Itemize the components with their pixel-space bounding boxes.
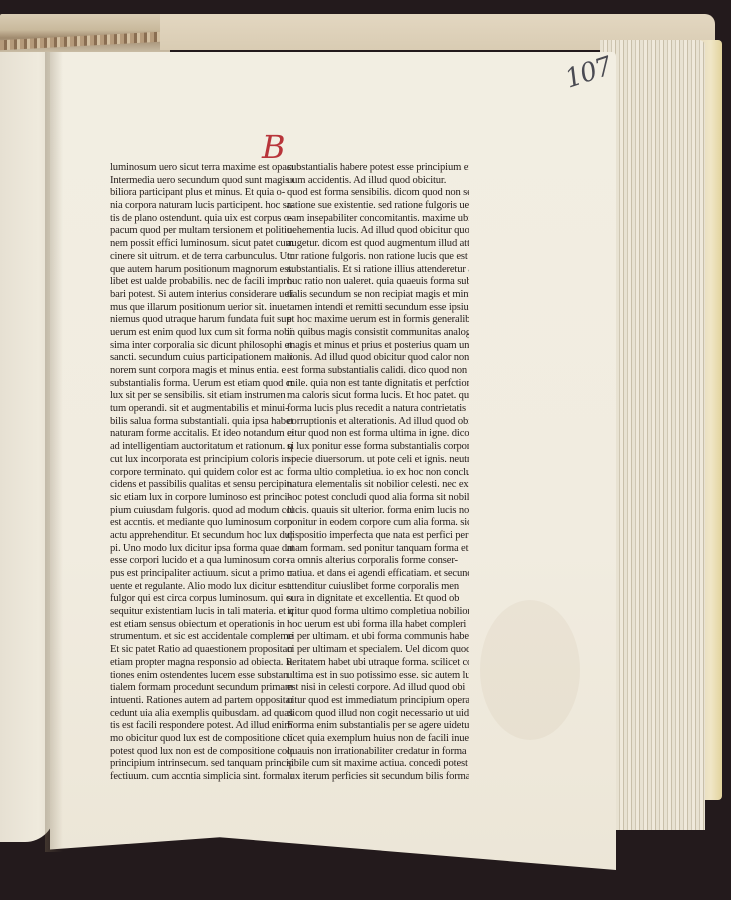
text-line: et hoc maxime uerum est in formis genera…	[287, 314, 469, 327]
text-line: pus est principaliter actiuum. sicut a p…	[110, 568, 293, 581]
text-line: in quibus magis consistit communitas ana…	[287, 327, 469, 340]
text-line: mam formam. sed ponitur tanquam forma et…	[287, 543, 469, 556]
text-line: pi. Uno modo lux dicitur ipsa forma quae…	[110, 543, 293, 556]
text-line: licet quia exemplum huius non de facili …	[287, 733, 469, 746]
text-line: ci per ultimam. et ubi forma communis ha…	[287, 631, 469, 644]
text-line: hoc potest concludi quod alia forma sit …	[287, 492, 469, 505]
text-line: tionis. Ad illud quod obicitur quod calo…	[287, 352, 469, 365]
text-line: norem sunt corpora magis et minus entia.…	[110, 365, 293, 378]
text-line: sequitur existentiam lucis in tali mater…	[110, 606, 293, 619]
text-line: dicom quod illud non cogit necessario ut…	[287, 708, 469, 721]
text-line: pacum quod per multam tersionem et polit…	[110, 225, 293, 238]
text-line: uente et regulante. Alio modo lux dicitu…	[110, 581, 293, 594]
text-line: strumentum. et sic est accidentale compl…	[110, 631, 293, 644]
text-line: est accntis. et mediante quo luminosum c…	[110, 517, 293, 530]
text-line: esse corpori lucido et a qua luminosum c…	[110, 555, 293, 568]
text-line: uum accidentis. Ad illud quod obicitur.	[287, 175, 469, 188]
paper-stain	[480, 600, 580, 740]
text-line: ratione sue existentie. sed ratione fulg…	[287, 200, 469, 213]
text-line: icitur quod forma ultimo completiua nobi…	[287, 606, 469, 619]
text-line: lucis. quauis sit ulterior. forma enim l…	[287, 505, 469, 518]
text-line: libet est ualde probabilis. nec de facil…	[110, 276, 293, 289]
gutter-shadow	[45, 52, 63, 852]
text-line: tialem formam procedunt secundum primam …	[110, 682, 293, 695]
text-line: substantialis habere potest esse princip…	[287, 162, 469, 175]
text-line: Et sic patet Ratio ad quaestionem propos…	[110, 644, 293, 657]
text-line: Forma enim substantialis per se agere ui…	[287, 720, 469, 733]
text-line: sancti. secundum cuius participationem m…	[110, 352, 293, 365]
text-line: huc ratio non ualeret. quia quaeuis form…	[287, 276, 469, 289]
text-line: lux iterum perficies sit secundum bilis …	[287, 771, 469, 784]
text-line: ra omnis alterius corporalis forme conse…	[287, 555, 469, 568]
text-line: augetur. dicom est quod augmentum illud …	[287, 238, 469, 251]
text-line: naturam forme accitalis. Et ideo notandu…	[110, 428, 293, 441]
text-line: tur ratione fulgoris. non ratione lucis …	[287, 251, 469, 264]
text-line: intuenti. Rationes autem ad partem oppos…	[110, 695, 293, 708]
text-line: uerum est enim quod lux cum sit forma no…	[110, 327, 293, 340]
text-line: sibile cum sit maxime actiua. concedi po…	[287, 758, 469, 771]
text-line: ad intelligentiam auctoritatum et ration…	[110, 441, 293, 454]
text-line: ci per ultimam et specialem. Uel dicom q…	[287, 644, 469, 657]
text-line: bilis salua forma substantiali. quia ips…	[110, 416, 293, 429]
text-line: lux sit per se sensibilis. sit etiam ins…	[110, 390, 293, 403]
text-line: fulgor qui est circa corpus luminosum. q…	[110, 593, 293, 606]
text-line: principium intrinsecum. sed tanquam prin…	[110, 758, 293, 771]
text-line: si lux ponitur esse forma substantialis …	[287, 441, 469, 454]
text-line: hoc uerum est ubi forma illa habet compl…	[287, 619, 469, 632]
text-column-right: substantialis habere potest esse princip…	[287, 162, 469, 784]
text-line: uatiua. et dans ei agendi efficatiam. et…	[287, 568, 469, 581]
text-line: cidens et passibilis qualitas et sensu p…	[110, 479, 293, 492]
text-line: potest quod lux non est de compositione …	[110, 746, 293, 759]
text-line: tis de plano ostendunt. quia uix est cor…	[110, 213, 293, 226]
text-line: bari potest. Si autem interius considera…	[110, 289, 293, 302]
text-line: Intermedia uero secundum quod sunt magis…	[110, 175, 293, 188]
text-line: sic etiam lux in corpore luminoso est pr…	[110, 492, 293, 505]
text-line: tamen intendi et remitti secundum esse i…	[287, 302, 469, 315]
rubricated-initial: B	[262, 128, 286, 166]
text-line: actu apprehenditur. Et secundum hoc lux …	[110, 530, 293, 543]
text-line: que autem harum positionum magnorum est.…	[110, 264, 293, 277]
text-line: etiam propter magna responsio ad obiecta…	[110, 657, 293, 670]
text-line: ma caloris sicut forma lucis. Et hoc pat…	[287, 390, 469, 403]
text-line: est etiam sensus obiectum et operationis…	[110, 619, 293, 632]
text-line: cut lux incorporata est principium color…	[110, 454, 293, 467]
text-line: forma lucis plus recedit a natura contri…	[287, 403, 469, 416]
text-line: tiones enim ostendentes lucem esse subst…	[110, 670, 293, 683]
text-line: corruptionis et alterationis. Ad illud q…	[287, 416, 469, 429]
text-line: dispositio imperfecta que nata est perfi…	[287, 530, 469, 543]
text-line: tum operandi. sit et augmentabilis et mi…	[110, 403, 293, 416]
text-line: cinere sit uitrum. et de terra carbuncul…	[110, 251, 293, 264]
text-line: ponitur in eodem corpore cum alia forma.…	[287, 517, 469, 530]
text-line: pium cuiusdam fulgoris. quod ad modum co…	[110, 505, 293, 518]
text-line: niemus quod utraque harum fundata fuit s…	[110, 314, 293, 327]
text-line: sima inter corporalia sic dicunt philoso…	[110, 340, 293, 353]
text-line: ultima est in suo potissimo esse. sic au…	[287, 670, 469, 683]
text-line: uehementia lucis. Ad illud quod obicitur…	[287, 225, 469, 238]
text-line: attenditur cuiuslibet forme corporalis m…	[287, 581, 469, 594]
text-line: tialis secundum se non recipiat magis et…	[287, 289, 469, 302]
text-line: ueritatem habet ubi utraque forma. scili…	[287, 657, 469, 670]
text-line: natura elementalis sit nobilior celesti.…	[287, 479, 469, 492]
text-line: specie diuersorum. ut pote celi et ignis…	[287, 454, 469, 467]
text-line: citur quod non est forma ultima in igne.…	[287, 428, 469, 441]
text-line: mo obicitur quod lux est de compositione…	[110, 733, 293, 746]
text-line: citur quod est immediatum principium ope…	[287, 695, 469, 708]
text-line: est forma substantialis calidi. dico quo…	[287, 365, 469, 378]
text-line: tis est facili respondere potest. Ad ill…	[110, 720, 293, 733]
text-line: quod est forma sensibilis. dicom quod no…	[287, 187, 469, 200]
text-line: eam insepabiliter concomitantis. maxime …	[287, 213, 469, 226]
text-line: quauis non irrationabiliter credatur in …	[287, 746, 469, 759]
text-line: mile. quia non est tante dignitatis et p…	[287, 378, 469, 391]
text-line: forma ultio completiua. io ex hoc non co…	[287, 467, 469, 480]
text-line: corpore terminato. qui quidem color est …	[110, 467, 293, 480]
text-line: luminosum uero sicut terra maxime est op…	[110, 162, 293, 175]
text-line: substantialis forma. Uerum est etiam quo…	[110, 378, 293, 391]
text-line: mus que illarum positionum uerior sit. i…	[110, 302, 293, 315]
text-column-left: luminosum uero sicut terra maxime est op…	[110, 162, 293, 784]
text-line: substantialis. Et si ratione illius atte…	[287, 264, 469, 277]
text-line: nem possit effici luminosum. sicut patet…	[110, 238, 293, 251]
text-line: sura in dignitate et excellentia. Et quo…	[287, 593, 469, 606]
text-line: nia corpora naturam lucis participent. h…	[110, 200, 293, 213]
text-line: fectiuum. cum accntia simplicia sint. fo…	[110, 771, 293, 784]
text-line: magis et minus et prius et posterius qua…	[287, 340, 469, 353]
text-line: biliora participant plus et minus. Et qu…	[110, 187, 293, 200]
text-line: cedunt uia alia exemplis quibusdam. ad q…	[110, 708, 293, 721]
text-line: est nisi in celesti corpore. Ad illud qu…	[287, 682, 469, 695]
